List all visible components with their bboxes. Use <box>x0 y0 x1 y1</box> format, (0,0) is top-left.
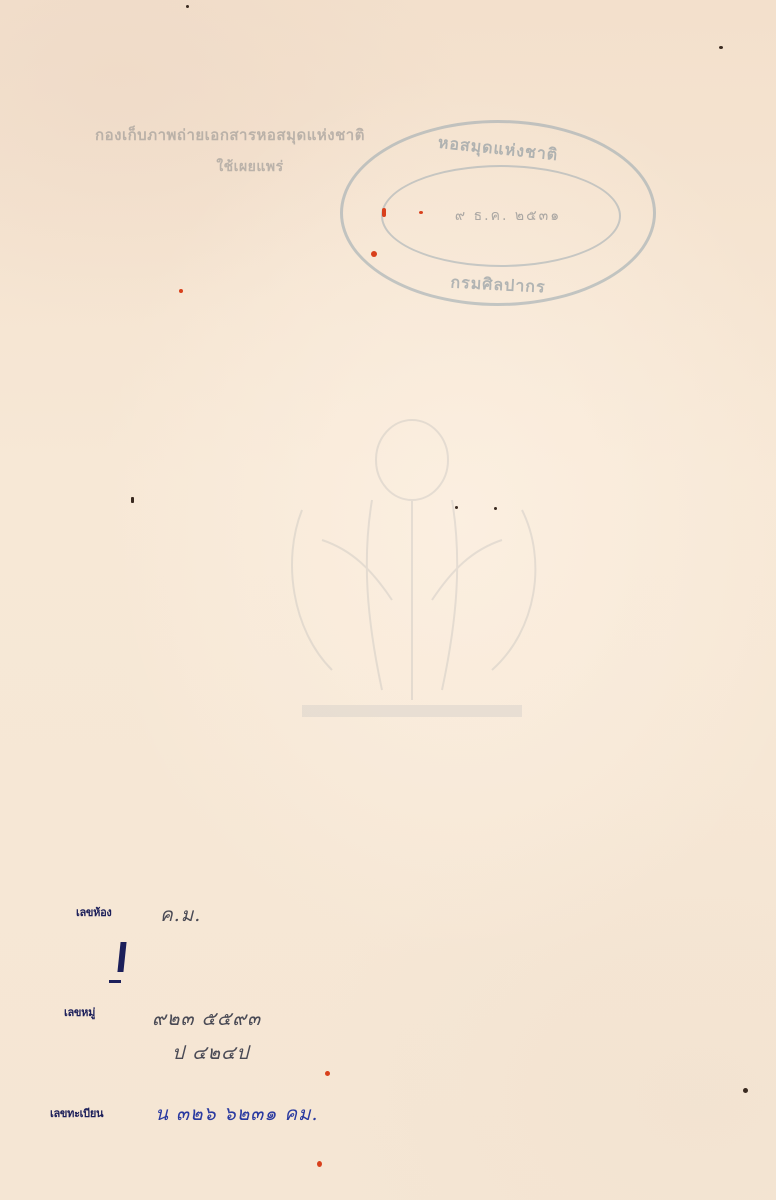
library-stamp-line2: ใช้เผยแพร่ <box>80 156 380 178</box>
dark-speck <box>186 5 189 8</box>
room-number-label: เลขห้อง <box>76 903 111 921</box>
ink-stroke-mark <box>117 942 126 972</box>
library-stamp: กองเก็บภาพถ่ายเอกสารหอสมุดแห่งชาติ ใช้เผ… <box>80 124 380 178</box>
registration-number-label: เลขทะเบียน <box>50 1104 103 1122</box>
bleed-through-emblem-figure <box>262 400 562 730</box>
red-speck <box>179 289 183 293</box>
category-number-value-line1: ๙๒๓ ๕๕๙๓ <box>152 1004 261 1034</box>
library-stamp-line1: กองเก็บภาพถ่ายเอกสารหอสมุดแห่งชาติ <box>80 124 380 146</box>
scanned-page: กองเก็บภาพถ่ายเอกสารหอสมุดแห่งชาติ ใช้เผ… <box>0 0 776 1200</box>
oval-stamp-date: ๙ ธ.ค. ๒๕๓๑ <box>343 205 653 227</box>
ink-stroke-mark <box>109 980 121 983</box>
dark-speck <box>494 507 497 510</box>
registration-number-value: น ๓๒๖ ๖๒๓๑ คม. <box>155 1099 319 1129</box>
room-number-value: ค.ม. <box>160 900 201 930</box>
red-speck <box>419 211 423 214</box>
red-speck <box>325 1071 330 1076</box>
dark-speck <box>719 46 723 49</box>
dark-speck <box>455 506 458 509</box>
dark-speck <box>131 497 134 503</box>
category-number-value-line2: ป ๔๒๔ป <box>172 1038 249 1068</box>
red-speck <box>317 1161 322 1167</box>
oval-date-stamp: หอสมุดแห่งชาติ ๙ ธ.ค. ๒๕๓๑ กรมศิลปากร <box>340 120 656 306</box>
red-speck <box>382 208 386 217</box>
red-speck <box>371 251 377 257</box>
oval-stamp-bottom-text: กรมศิลปากร <box>343 265 654 306</box>
dark-speck <box>743 1088 748 1093</box>
category-number-label: เลขหมู่ <box>64 1003 95 1021</box>
